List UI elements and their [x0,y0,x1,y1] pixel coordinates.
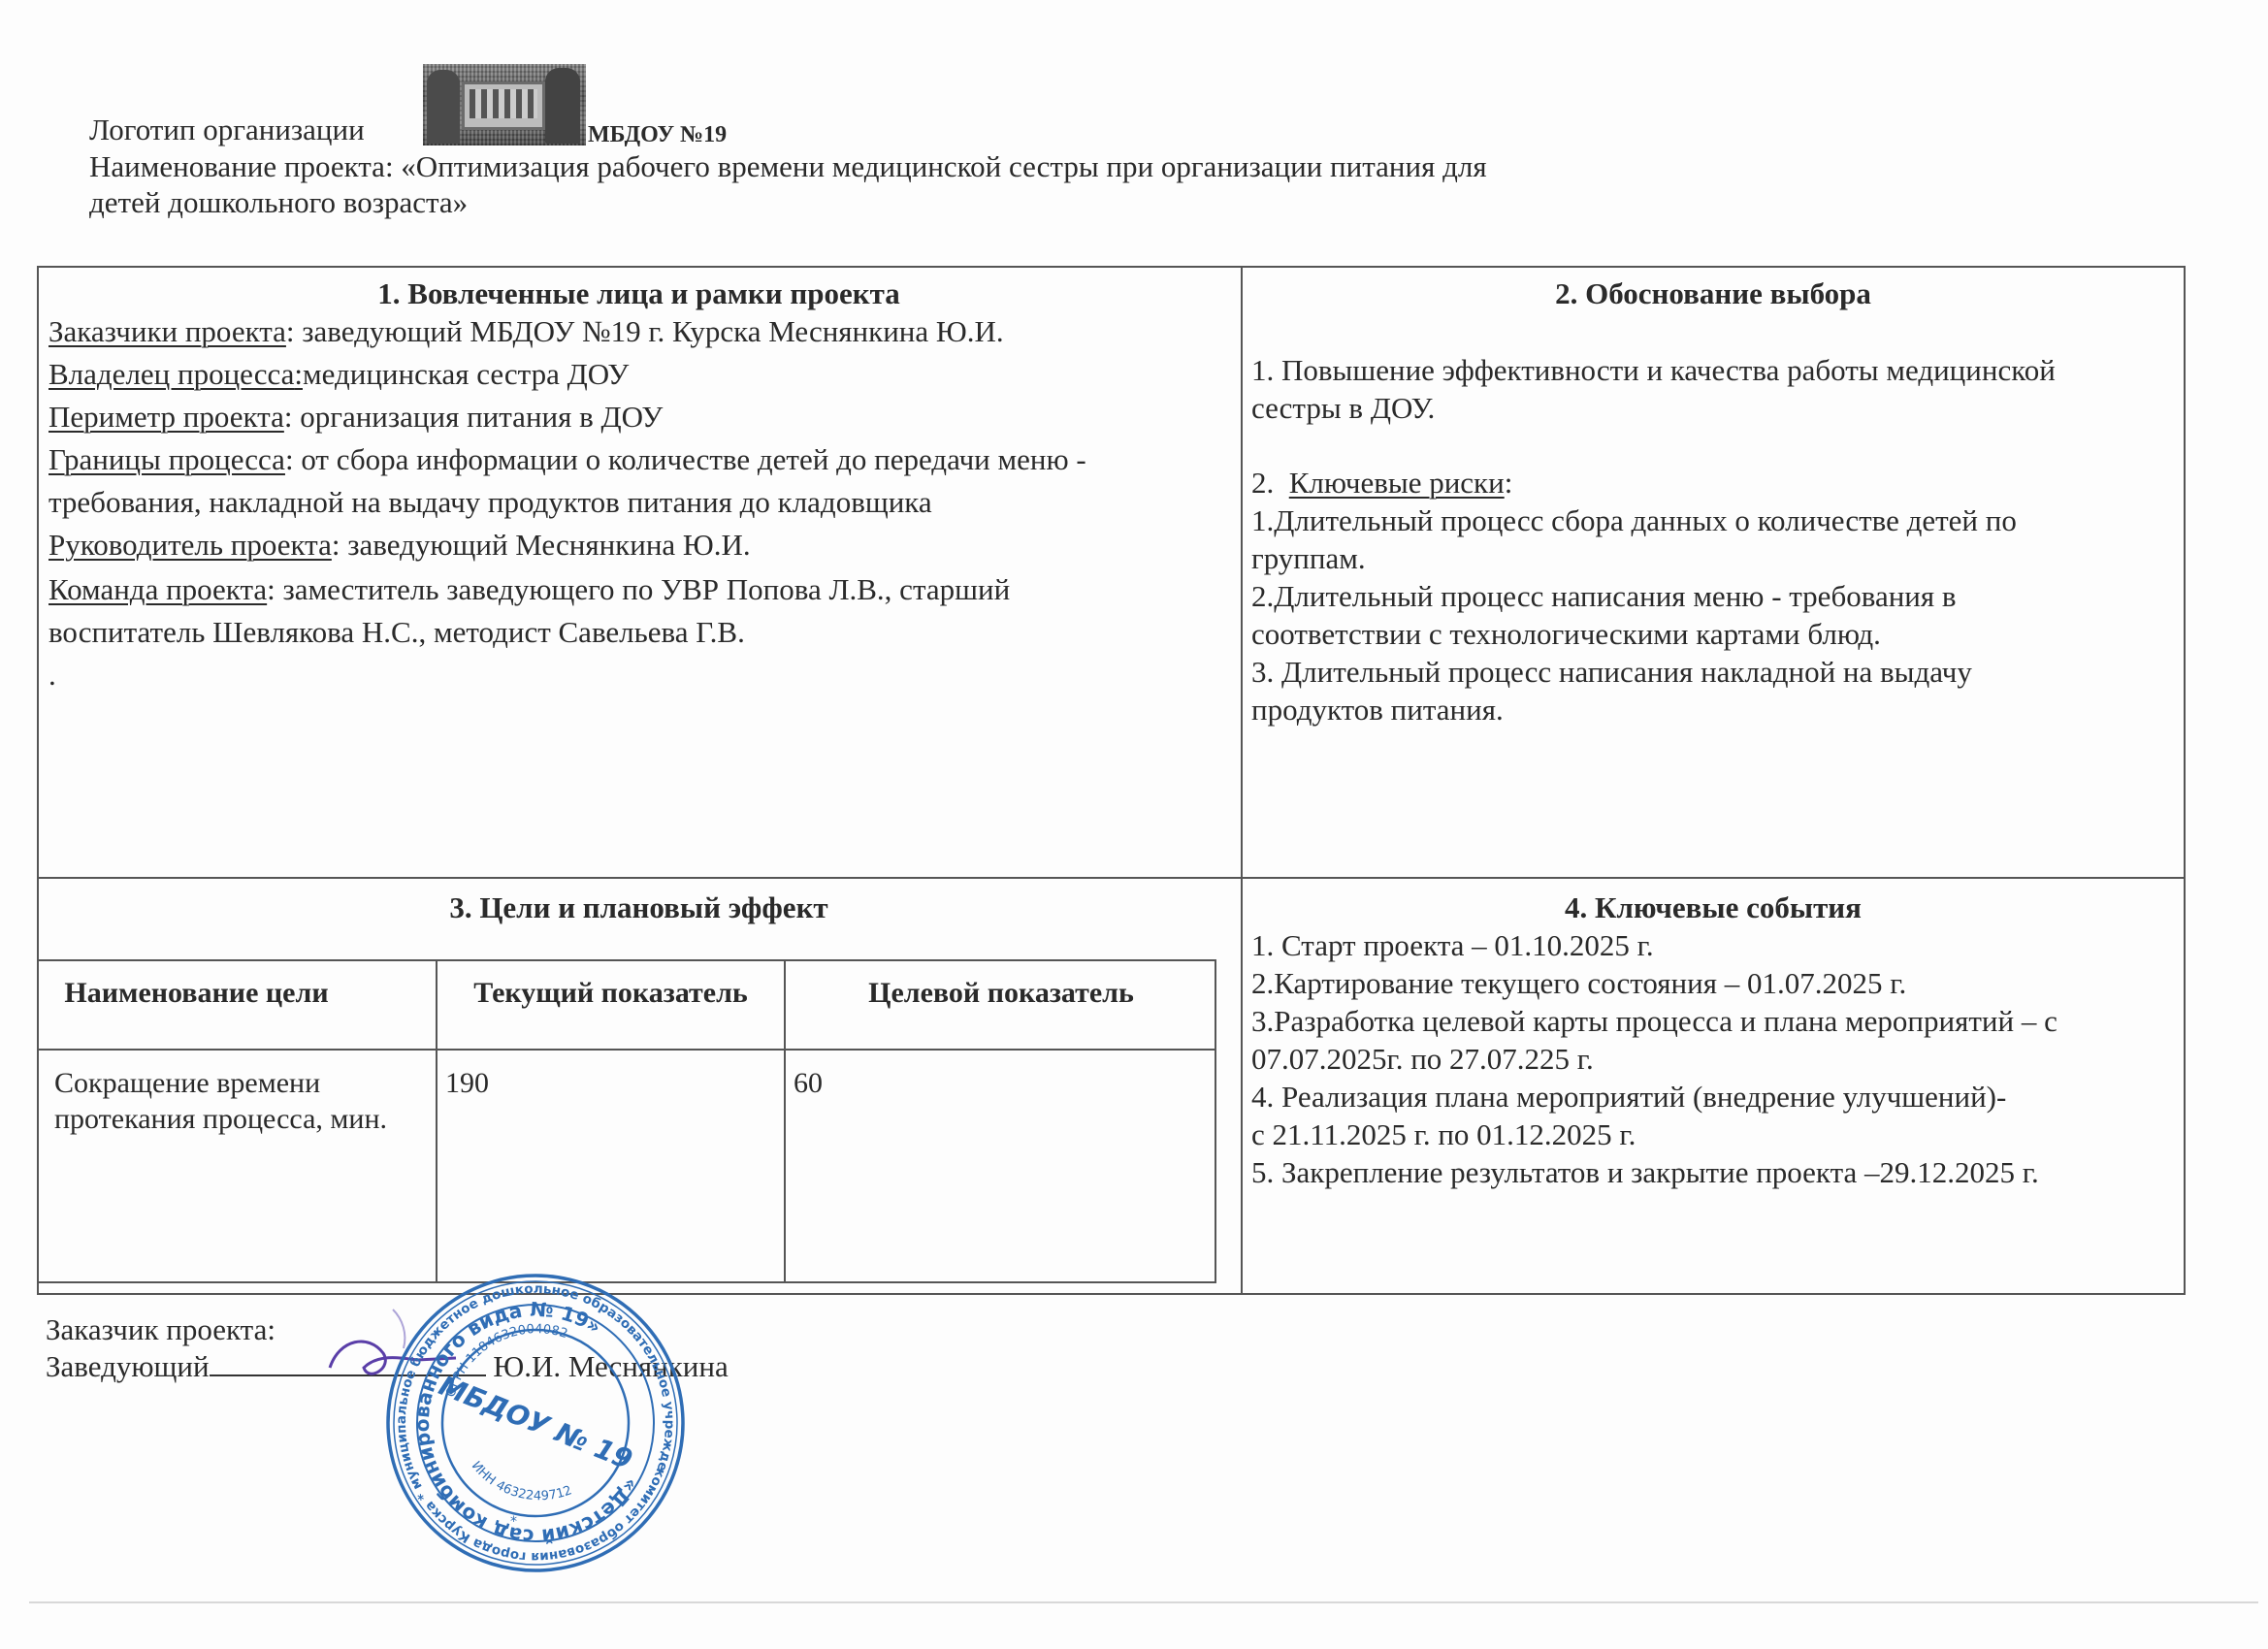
svg-text:*: * [510,1514,517,1530]
project-perimeter-row: Периметр проекта: организация питания в … [49,396,663,438]
risk-line: продуктов питания. [1251,691,1504,728]
goals-header-target: Целевой показатель [786,977,1216,1010]
event-line: 2.Картирование текущего состояния – 01.0… [1251,964,1906,1002]
project-title-line-1: Наименование проекта: «Оптимизация рабоч… [89,148,1487,184]
goals-header-name: Наименование цели [39,977,354,1010]
goal-name: Сокращение времени протекания процесса, … [54,1065,387,1137]
position-label: Заведующий [46,1349,210,1383]
project-team-row: Команда проекта: заместитель заведующего… [49,568,1010,611]
column-divider [1241,266,1243,1295]
svg-text:ИНН 4632249712: ИНН 4632249712 [469,1459,574,1503]
row-divider [37,877,2186,879]
customers-label: Заказчики проекта [49,314,286,348]
goal-current-value: 190 [445,1065,489,1101]
organization-logo-image [423,64,586,145]
process-boundaries-cont: требования, накладной на выдачу продукто… [49,481,932,524]
stamp-center-text: МБДОУ № 19 [435,1370,637,1476]
organization-name: МБДОУ №19 [588,122,727,148]
scan-artifact-line [29,1601,2258,1603]
sep: : [294,357,303,391]
project-team-cont: воспитатель Шевлякова Н.С., методист Сав… [49,611,745,654]
logo-label: Логотип организации [89,112,365,147]
goals-header-divider [37,1049,1216,1051]
risk-line: 1.Длительный процесс сбора данных о коли… [1251,501,2017,539]
process-owner-label: Владелец процесса [49,357,294,391]
goal-target-value: 60 [794,1065,823,1101]
risk-line: 2.Длительный процесс написания меню - тр… [1251,577,1957,615]
sep: : [332,528,347,562]
project-perimeter-label: Периметр проекта [49,400,284,434]
goal-name-line2: протекания процесса, мин. [54,1101,387,1137]
customers-row: Заказчики проекта: заведующий МБДОУ №19 … [49,310,1004,353]
logo-building [462,81,545,130]
risk-line: группам. [1251,539,1366,577]
goals-header-current: Текущий показатель [437,977,784,1010]
risk-line: соответствии с технологическими картами … [1251,615,1881,653]
justification-point1-cont: сестры в ДОУ. [1251,389,1435,427]
project-lead-label: Руководитель проекта [49,528,332,562]
section2-title: 2. Обоснование выбора [1243,276,2184,311]
logo-tree-right [545,68,580,144]
logo-tree-left [427,70,460,144]
process-boundaries-row: Границы процесса: от сбора информации о … [49,438,1086,481]
project-lead-value: заведующий Меснянкина Ю.И. [347,528,750,562]
stamp-inn: ИНН 4632249712 [469,1459,574,1503]
project-team-value: заместитель заведующего по УВР Попова Л.… [283,572,1011,606]
section1-title: 1. Вовлеченные лица и рамки проекта [37,276,1241,311]
sep: : [285,442,301,476]
sep: : [284,400,300,434]
event-line: 5. Закрепление результатов и закрытие пр… [1251,1153,2039,1191]
process-boundaries-label: Границы процесса [49,442,285,476]
sep: : [267,572,282,606]
customer-label: Заказчик проекта: [46,1312,275,1347]
event-line: 3.Разработка целевой карты процесса и пл… [1251,1002,2057,1040]
customers-value: заведующий МБДОУ №19 г. Курска Меснянкин… [302,314,1003,348]
goal-name-line1: Сокращение времени [54,1065,387,1101]
section3-title: 3. Цели и плановый эффект [37,890,1241,925]
event-line: с 21.11.2025 г. по 01.12.2025 г. [1251,1115,1636,1153]
risk-line: 3. Длительный процесс написания накладно… [1251,653,1972,691]
official-stamp: комитет образования города Курска * муни… [384,1272,687,1574]
event-line: 07.07.2025г. по 27.07.225 г. [1251,1040,1594,1078]
project-title-line-2: детей дошкольного возраста» [89,184,468,220]
sep: : [286,314,302,348]
justification-point1: 1. Повышение эффективности и качества ра… [1251,351,2056,389]
num: 2. [1251,466,1289,500]
section4-title: 4. Ключевые события [1243,890,2184,925]
trailing-dot: . [49,654,56,696]
event-line: 4. Реализация плана мероприятий (внедрен… [1251,1078,2006,1115]
project-perimeter-value: организация питания в ДОУ [300,400,663,434]
process-owner-row: Владелец процесса:медицинская сестра ДОУ [49,353,629,396]
project-team-label: Команда проекта [49,572,267,606]
process-owner-value: медицинская сестра ДОУ [303,357,629,391]
project-lead-row: Руководитель проекта: заведующий Меснянк… [49,524,751,566]
event-line: 1. Старт проекта – 01.10.2025 г. [1251,926,1654,964]
process-boundaries-value: от сбора информации о количестве детей д… [301,442,1085,476]
key-risks-heading: 2. Ключевые риски: [1251,464,1512,501]
sep: : [1505,466,1513,500]
key-risks-label: Ключевые риски [1289,466,1505,500]
